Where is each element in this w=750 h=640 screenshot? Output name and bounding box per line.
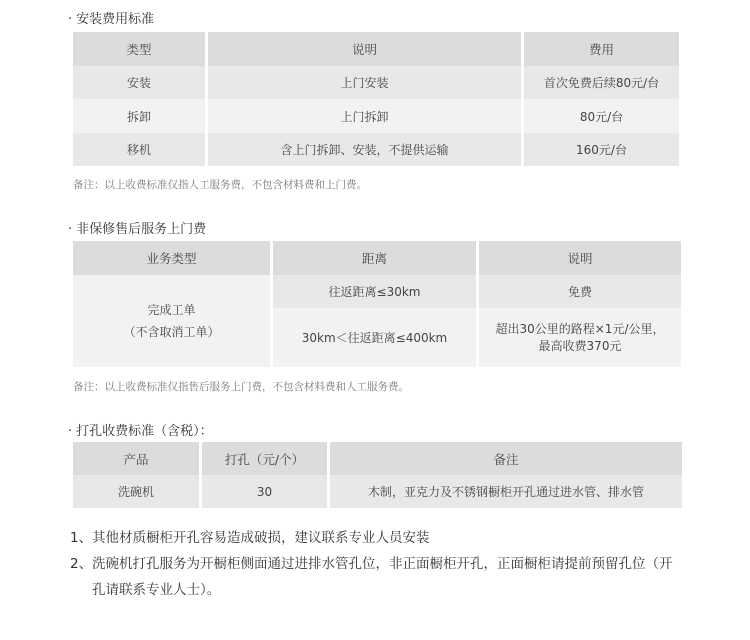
- bullet-icon: ·: [68, 424, 72, 439]
- table-row: 安装 上门安装 首次免费后续80元/台: [73, 66, 679, 99]
- table-header: 产品: [73, 442, 199, 475]
- table-header: 打孔（元/个）: [202, 442, 327, 475]
- table-header: 业务类型: [73, 241, 270, 275]
- bullet-icon: ·: [68, 222, 72, 237]
- section-title-visit: ·非保修售后服务上门费: [68, 218, 206, 237]
- business-type-cell: 完成工单 （不含取消工单）: [73, 275, 270, 367]
- section-title-drilling: ·打孔收费标准（含税）：: [68, 420, 213, 439]
- bullet-icon: ·: [68, 12, 72, 27]
- table-header: 类型: [73, 32, 205, 66]
- table-row: 洗碗机 30 木制，亚克力及不锈钢橱柜开孔通过进水管、排水管: [73, 475, 682, 508]
- install-fee-table: 类型 说明 费用 安装 上门安装 首次免费后续80元/台 拆卸 上门拆卸 80元…: [70, 32, 682, 166]
- table-header: 距离: [273, 241, 476, 275]
- drilling-fee-table: 产品 打孔（元/个） 备注 洗碗机 30 木制，亚克力及不锈钢橱柜开孔通过进水管…: [70, 442, 685, 508]
- table-row: 移机 含上门拆卸、安装，不提供运输 160元/台: [73, 133, 679, 166]
- install-note: 备注：以上收费标准仅指人工服务费，不包含材料费和上门费。: [73, 177, 367, 192]
- table-header: 备注: [330, 442, 682, 475]
- table-row: 拆卸 上门拆卸 80元/台: [73, 99, 679, 133]
- visit-note: 备注：以上收费标准仅指售后服务上门费，不包含材料费和人工服务费。: [73, 379, 409, 394]
- notes-list: 1、 其他材质橱柜开孔容易造成破损，建议联系专业人员安装 2、 洗碗机打孔服务为…: [70, 525, 692, 603]
- visit-fee-table: 业务类型 距离 说明 完成工单 （不含取消工单） 往返距离≤30km 免费 30…: [70, 241, 684, 367]
- section-title-install: ·安装费用标准: [68, 8, 154, 27]
- table-header: 费用: [524, 32, 679, 66]
- table-header: 说明: [479, 241, 681, 275]
- table-row: 完成工单 （不含取消工单） 往返距离≤30km 免费: [73, 275, 681, 308]
- list-item: 2、 洗碗机打孔服务为开橱柜侧面通过进排水管孔位，非正面橱柜开孔，正面橱柜请提前…: [70, 551, 692, 603]
- list-item: 1、 其他材质橱柜开孔容易造成破损，建议联系专业人员安装: [70, 525, 692, 551]
- table-header: 说明: [208, 32, 521, 66]
